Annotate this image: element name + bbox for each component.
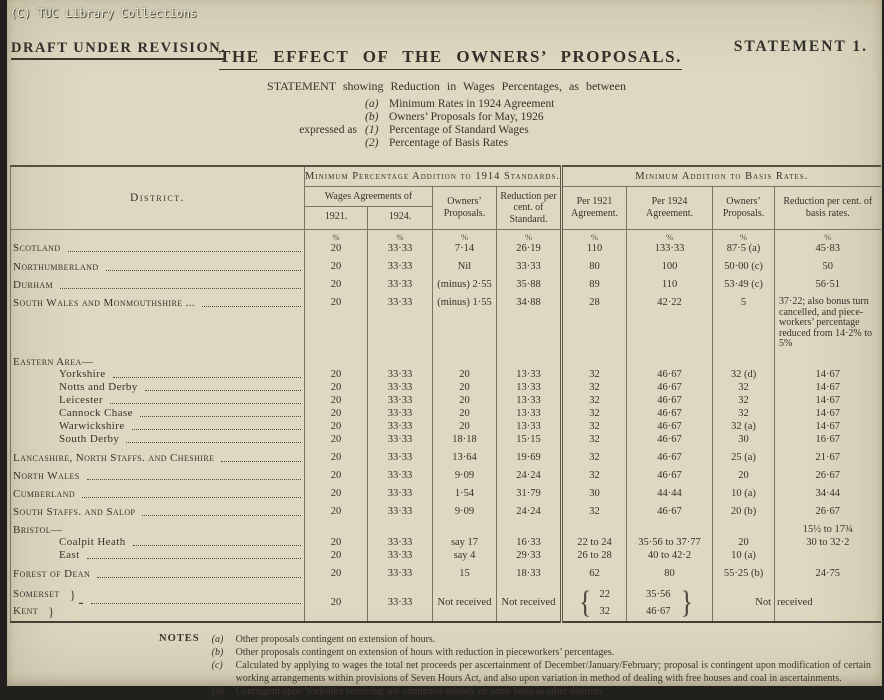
value-cell: 20 — [305, 580, 368, 622]
dotted-leader — [68, 251, 301, 252]
value-cell: 13·33 — [497, 381, 562, 394]
value-cell: % — [433, 230, 497, 243]
value-cell: 20 — [433, 420, 497, 433]
value-cell: 9·09 — [433, 464, 497, 482]
district-label: Yorkshire — [11, 368, 106, 380]
value-cell: 20 — [433, 381, 497, 394]
value-cell: 14·67 — [775, 420, 881, 433]
value-cell: 30 to 32·2 — [775, 536, 881, 549]
district-label: Northumberland — [11, 261, 99, 273]
value-cell — [562, 350, 627, 368]
dotted-leader — [87, 558, 301, 559]
value-cell: 32 — [562, 394, 627, 407]
table-row: Northumberland2033·33Nil33·338010050·00 … — [11, 255, 881, 273]
value-cell — [305, 518, 368, 536]
table-row: Lancashire, North Staffs. and Cheshire20… — [11, 446, 881, 464]
value-cell: 37·22; also bonus turn cancelled, and pi… — [775, 291, 881, 350]
value-cell: 20 — [305, 291, 368, 350]
district-cell: Cannock Chase — [11, 407, 305, 420]
value-cell: 24·24 — [497, 464, 562, 482]
district-cell: Leicester — [11, 394, 305, 407]
value-cell — [497, 518, 562, 536]
district-cell: Bristol— — [11, 518, 305, 536]
dotted-leader — [202, 306, 301, 307]
district-cell: Warwickshire — [11, 420, 305, 433]
value-cell: % — [368, 230, 433, 243]
table-row: North Wales2033·339·0924·243246·672026·6… — [11, 464, 881, 482]
table-row: Durham2033·33(minus) 2·5535·888911053·49… — [11, 273, 881, 291]
value-cell: 33·33 — [368, 500, 433, 518]
value-cell: 89 — [562, 273, 627, 291]
table-row: South Derby2033·3318·1815·153246·673016·… — [11, 433, 881, 446]
value-cell: 20 — [305, 394, 368, 407]
value-cell: 20 — [305, 446, 368, 464]
wages-table: District. Minimum Percentage Addition to… — [10, 165, 881, 623]
value-cell — [775, 350, 881, 368]
value-cell: 26 to 28 — [562, 549, 627, 562]
district-cell: Yorkshire — [11, 368, 305, 381]
value-cell: 32 — [562, 381, 627, 394]
district-cell: South Derby — [11, 433, 305, 446]
notes-section: NOTES (a) Other proposals contingent on … — [159, 633, 871, 698]
value-cell: 22 to 24 — [562, 536, 627, 549]
district-cell: Eastern Area— — [11, 350, 305, 368]
district-label: East — [11, 549, 80, 561]
value-cell: 32 — [562, 464, 627, 482]
value-cell: 28 — [562, 291, 627, 350]
value-cell: 87·5 (a) — [713, 242, 775, 255]
value-cell: 46·67 — [627, 381, 713, 394]
district-cell: Northumberland — [11, 255, 305, 273]
table-row: Cumberland2033·331·5431·793044·4410 (a)3… — [11, 482, 881, 500]
statement-number: STATEMENT 1. — [734, 38, 868, 56]
header-district: District. — [11, 166, 305, 230]
dotted-leader — [113, 377, 302, 378]
note-item: (c) Calculated by applying to wages the … — [212, 659, 871, 685]
value-cell — [562, 518, 627, 536]
value-cell: 20 — [305, 549, 368, 562]
district-label: Warwickshire — [11, 420, 125, 432]
dotted-leader — [110, 403, 301, 404]
value-cell — [368, 518, 433, 536]
district-label: Forest of Dean — [11, 568, 90, 580]
value-cell: 33·33 — [368, 464, 433, 482]
value-cell: 13·33 — [497, 394, 562, 407]
value-cell: (minus) 2·55 — [433, 273, 497, 291]
value-cell: 32 — [713, 394, 775, 407]
value-cell: 34·44 — [775, 482, 881, 500]
value-cell: 31·79 — [497, 482, 562, 500]
value-cell: 46·67 — [627, 420, 713, 433]
table-row: Leicester2033·332013·333246·673214·67 — [11, 394, 881, 407]
value-cell: 34·88 — [497, 291, 562, 350]
scanned-page: DRAFT UNDER REVISION. STATEMENT 1. THE E… — [7, 0, 882, 686]
value-cell: 32 (a) — [713, 420, 775, 433]
value-cell: 26·19 — [497, 242, 562, 255]
district-label: Kent — [11, 603, 76, 620]
value-cell: 46·67 — [627, 394, 713, 407]
value-cell: 33·33 — [368, 549, 433, 562]
value-cell: 33·33 — [368, 562, 433, 580]
value-cell: 33·33 — [368, 273, 433, 291]
value-cell: 33·33 — [368, 368, 433, 381]
value-cell: 33·33 — [368, 580, 433, 622]
value-cell: 50·00 (c) — [713, 255, 775, 273]
value-cell: % — [497, 230, 562, 243]
value-cell: 20 — [305, 482, 368, 500]
value-cell: 33·33 — [368, 291, 433, 350]
header-per-1921: Per 1921 Agreement. — [562, 186, 627, 230]
header-reduction-basis: Reduction per cent. of basis rates. — [775, 186, 881, 230]
table-row: Yorkshire2033·332013·333246·6732 (d)14·6… — [11, 368, 881, 381]
value-cell: Not received — [433, 580, 497, 622]
district-cell: Scotland — [11, 242, 305, 255]
value-cell: 20 — [305, 562, 368, 580]
dotted-leader — [106, 270, 301, 271]
value-cell: 62 — [562, 562, 627, 580]
value-cell: 110 — [627, 273, 713, 291]
district-cell — [11, 230, 305, 243]
table-row: South Wales and Monmouthshire ...2033·33… — [11, 291, 881, 350]
value-cell — [497, 350, 562, 368]
header-owners-proposals-right: Owners’ Proposals. — [713, 186, 775, 230]
archive-watermark: (C) TUC Library Collections — [10, 6, 197, 20]
value-cell: 14·67 — [775, 368, 881, 381]
table-row: Notts and Derby2033·332013·333246·673214… — [11, 381, 881, 394]
value-cell: 33·33 — [368, 482, 433, 500]
value-cell: 20 — [433, 368, 497, 381]
value-cell: 20 — [305, 433, 368, 446]
table-row: Scotland2033·337·1426·19110133·3387·5 (a… — [11, 242, 881, 255]
dotted-leader — [126, 442, 301, 443]
value-cell: 20 — [305, 536, 368, 549]
value-cell: 35·56 to 37·77 — [627, 536, 713, 549]
value-cell — [433, 350, 497, 368]
district-label: Cannock Chase — [11, 407, 133, 419]
value-cell: 55·25 (b) — [713, 562, 775, 580]
value-cell: 40 to 42·2 — [627, 549, 713, 562]
table-group-row: Eastern Area— — [11, 350, 881, 368]
district-cell: South Staffs. and Salop — [11, 500, 305, 518]
dotted-leader — [142, 515, 301, 516]
district-cell: Coalpit Heath — [11, 536, 305, 549]
value-cell: % — [775, 230, 881, 243]
value-cell: 32 — [713, 381, 775, 394]
value-cell: 15½ to 17¾ — [775, 518, 881, 536]
value-cell: 29·33 — [497, 549, 562, 562]
value-cell — [368, 350, 433, 368]
value-cell: 46·67 — [627, 433, 713, 446]
value-cell: 20 (b) — [713, 500, 775, 518]
value-cell: 53·49 (c) — [713, 273, 775, 291]
dotted-leader — [133, 545, 301, 546]
value-cell: Not — [713, 580, 775, 622]
district-label: Scotland — [11, 242, 61, 254]
dotted-leader — [97, 577, 301, 578]
value-cell: 33·33 — [368, 381, 433, 394]
value-cell: 14·67 — [775, 394, 881, 407]
expressed-item: (a) Minimum Rates in 1924 Agreement — [265, 98, 882, 111]
value-cell: 19·69 — [497, 446, 562, 464]
header-group-standards: Minimum Percentage Addition to 1914 Stan… — [305, 166, 562, 186]
district-label: Leicester — [11, 394, 103, 406]
expressed-item: expressed as (1) Percentage of Standard … — [265, 124, 882, 137]
district-label: Somerset — [11, 586, 76, 603]
value-cell: 50 — [775, 255, 881, 273]
value-cell: 32 — [562, 500, 627, 518]
value-cell: 42·22 — [627, 291, 713, 350]
value-cell: 13·64 — [433, 446, 497, 464]
value-cell: 14·67 — [775, 407, 881, 420]
header-owners-proposals-left: Owners’ Proposals. — [433, 186, 497, 230]
value-cell: 46·67 — [627, 368, 713, 381]
value-cell: 33·33 — [368, 255, 433, 273]
dotted-leader — [82, 497, 301, 498]
header-1924: 1924. — [368, 207, 433, 230]
value-cell: 32 — [562, 368, 627, 381]
value-cell: 26·67 — [775, 500, 881, 518]
header-group-basis-rates: Minimum Addition to Basis Rates. — [562, 166, 881, 186]
value-cell: % — [627, 230, 713, 243]
expressed-prefix: expressed as — [265, 124, 365, 137]
value-cell — [627, 350, 713, 368]
district-cell: Forest of Dean — [11, 562, 305, 580]
value-cell: 24·24 — [497, 500, 562, 518]
value-cell: 32 — [713, 407, 775, 420]
value-cell — [775, 549, 881, 562]
value-cell: 18·33 — [497, 562, 562, 580]
value-cell: 30 — [562, 482, 627, 500]
district-label: Notts and Derby — [11, 381, 138, 393]
value-cell: 33·33 — [368, 446, 433, 464]
value-cell: 13·33 — [497, 420, 562, 433]
dotted-leader — [221, 461, 301, 462]
value-cell: (minus) 1·55 — [433, 291, 497, 350]
table-row-somerset-kent: Somerset Kent 20 33·33 Not received Not … — [11, 580, 881, 622]
value-cell: 16·33 — [497, 536, 562, 549]
value-cell: 46·67 — [627, 500, 713, 518]
value-cell: 20 — [713, 464, 775, 482]
value-cell: 20 — [433, 394, 497, 407]
district-cell: Cumberland — [11, 482, 305, 500]
value-cell: 15·15 — [497, 433, 562, 446]
district-label: Coalpit Heath — [11, 536, 126, 548]
table-footer-rows: Somerset Kent 20 33·33 Not received Not … — [11, 580, 881, 622]
value-cell: 33·33 — [368, 407, 433, 420]
district-cell: East — [11, 549, 305, 562]
value-cell: 20 — [305, 500, 368, 518]
table-row: %%%%%%%% — [11, 230, 881, 243]
district-label: Cumberland — [11, 488, 75, 500]
page-title: THE EFFECT OF THE OWNERS’ PROPOSALS. — [219, 47, 682, 70]
value-cell: % — [305, 230, 368, 243]
value-cell: 20 — [433, 407, 497, 420]
value-cell: 13·33 — [497, 368, 562, 381]
value-cell: % — [713, 230, 775, 243]
value-cell: received — [775, 580, 881, 622]
dotted-leader — [91, 603, 301, 604]
value-cell: 33·33 — [368, 420, 433, 433]
district-label: Eastern Area— — [11, 356, 93, 368]
value-cell: say 17 — [433, 536, 497, 549]
expressed-item: (b) Owners’ Proposals for May, 1926 — [265, 111, 882, 124]
value-cell: 32 — [562, 420, 627, 433]
table-group-row: Bristol—15½ to 17¾ — [11, 518, 881, 536]
dash-mark — [78, 594, 83, 612]
value-cell: 20 — [305, 273, 368, 291]
value-cell: say 4 — [433, 549, 497, 562]
value-cell: 20 — [305, 420, 368, 433]
table-row: Warwickshire2033·332013·333246·6732 (a)1… — [11, 420, 881, 433]
district-cell: Durham — [11, 273, 305, 291]
value-cell: 80 — [627, 562, 713, 580]
value-cell: 32 (d) — [713, 368, 775, 381]
value-cell: 35·56 46·67 — [627, 580, 713, 622]
table-row: Cannock Chase2033·332013·333246·673214·6… — [11, 407, 881, 420]
draft-notice: DRAFT UNDER REVISION. — [11, 40, 226, 60]
value-cell: 15 — [433, 562, 497, 580]
district-label: South Derby — [11, 433, 119, 445]
value-cell — [627, 518, 713, 536]
table-row: Forest of Dean2033·331518·33628055·25 (b… — [11, 562, 881, 580]
value-cell: 1·54 — [433, 482, 497, 500]
value-cell: % — [562, 230, 627, 243]
value-cell: 100 — [627, 255, 713, 273]
value-cell: 7·14 — [433, 242, 497, 255]
district-label: Lancashire, North Staffs. and Cheshire — [11, 452, 214, 464]
value-cell: 25 (a) — [713, 446, 775, 464]
value-cell: 33·33 — [368, 394, 433, 407]
expressed-item: (2) Percentage of Basis Rates — [265, 137, 882, 150]
note-item: (d) Contingent upon Yorkshire receiving … — [212, 685, 871, 698]
table-row: Coalpit Heath2033·33say 1716·3322 to 243… — [11, 536, 881, 549]
value-cell: 13·33 — [497, 407, 562, 420]
table-row: East2033·33say 429·3326 to 2840 to 42·21… — [11, 549, 881, 562]
value-cell: 22 32 — [562, 580, 627, 622]
value-cell: 45·83 — [775, 242, 881, 255]
header-per-1924: Per 1924 Agreement. — [627, 186, 713, 230]
district-label: Bristol— — [11, 524, 62, 536]
dotted-leader — [140, 416, 301, 417]
dotted-leader — [145, 390, 301, 391]
value-cell: 56·51 — [775, 273, 881, 291]
dotted-leader — [60, 288, 301, 289]
table-row: South Staffs. and Salop2033·339·0924·243… — [11, 500, 881, 518]
header-wages-agreements: Wages Agreements of — [305, 186, 433, 207]
value-cell: 80 — [562, 255, 627, 273]
value-cell: 18·18 — [433, 433, 497, 446]
value-cell: 33·33 — [368, 433, 433, 446]
value-cell: 16·67 — [775, 433, 881, 446]
district-label: South Wales and Monmouthshire ... — [11, 297, 195, 309]
value-cell — [433, 518, 497, 536]
value-cell: Nil — [433, 255, 497, 273]
value-cell: 5 — [713, 291, 775, 350]
value-cell: 14·67 — [775, 381, 881, 394]
table-body: %%%%%%%%Scotland2033·337·1426·19110133·3… — [11, 230, 881, 580]
district-label: North Wales — [11, 470, 80, 482]
value-cell: 35·88 — [497, 273, 562, 291]
value-cell: 32 — [562, 433, 627, 446]
value-cell: 46·67 — [627, 407, 713, 420]
district-label: South Staffs. and Salop — [11, 506, 135, 518]
district-cell: North Wales — [11, 464, 305, 482]
value-cell: 20 — [305, 368, 368, 381]
value-cell: 33·33 — [368, 536, 433, 549]
value-cell: 46·67 — [627, 446, 713, 464]
notes-title: NOTES — [159, 633, 200, 698]
value-cell: 10 (a) — [713, 549, 775, 562]
header-1921: 1921. — [305, 207, 368, 230]
header-reduction-standard: Reduction per cent. of Standard. — [497, 186, 562, 230]
district-cell: South Wales and Monmouthshire ... — [11, 291, 305, 350]
value-cell — [305, 350, 368, 368]
value-cell: 46·67 — [627, 464, 713, 482]
value-cell: 110 — [562, 242, 627, 255]
expressed-as-block: (a) Minimum Rates in 1924 Agreement (b) … — [265, 98, 882, 150]
value-cell: 20 — [305, 407, 368, 420]
value-cell: 20 — [305, 381, 368, 394]
value-cell: 26·67 — [775, 464, 881, 482]
district-cell: Somerset Kent — [11, 580, 305, 622]
value-cell: 20 — [305, 242, 368, 255]
dotted-leader — [87, 479, 301, 480]
district-label: Durham — [11, 279, 53, 291]
value-cell: 32 — [562, 446, 627, 464]
district-cell: Lancashire, North Staffs. and Cheshire — [11, 446, 305, 464]
value-cell: 33·33 — [497, 255, 562, 273]
value-cell: 30 — [713, 433, 775, 446]
value-cell: 20 — [305, 255, 368, 273]
note-item: (a) Other proposals contingent on extens… — [212, 633, 871, 646]
dotted-leader — [132, 429, 301, 430]
value-cell — [713, 350, 775, 368]
value-cell: 24·75 — [775, 562, 881, 580]
value-cell: 21·67 — [775, 446, 881, 464]
value-cell: 133·33 — [627, 242, 713, 255]
district-cell: Notts and Derby — [11, 381, 305, 394]
value-cell: 10 (a) — [713, 482, 775, 500]
value-cell: 20 — [305, 464, 368, 482]
value-cell — [713, 518, 775, 536]
value-cell: Not received — [497, 580, 562, 622]
note-item: (b) Other proposals contingent on extens… — [212, 646, 871, 659]
value-cell: 20 — [713, 536, 775, 549]
value-cell: 33·33 — [368, 242, 433, 255]
page-subtitle: STATEMENT showing Reduction in Wages Per… — [11, 79, 882, 94]
value-cell: 32 — [562, 407, 627, 420]
value-cell: 9·09 — [433, 500, 497, 518]
value-cell: 44·44 — [627, 482, 713, 500]
